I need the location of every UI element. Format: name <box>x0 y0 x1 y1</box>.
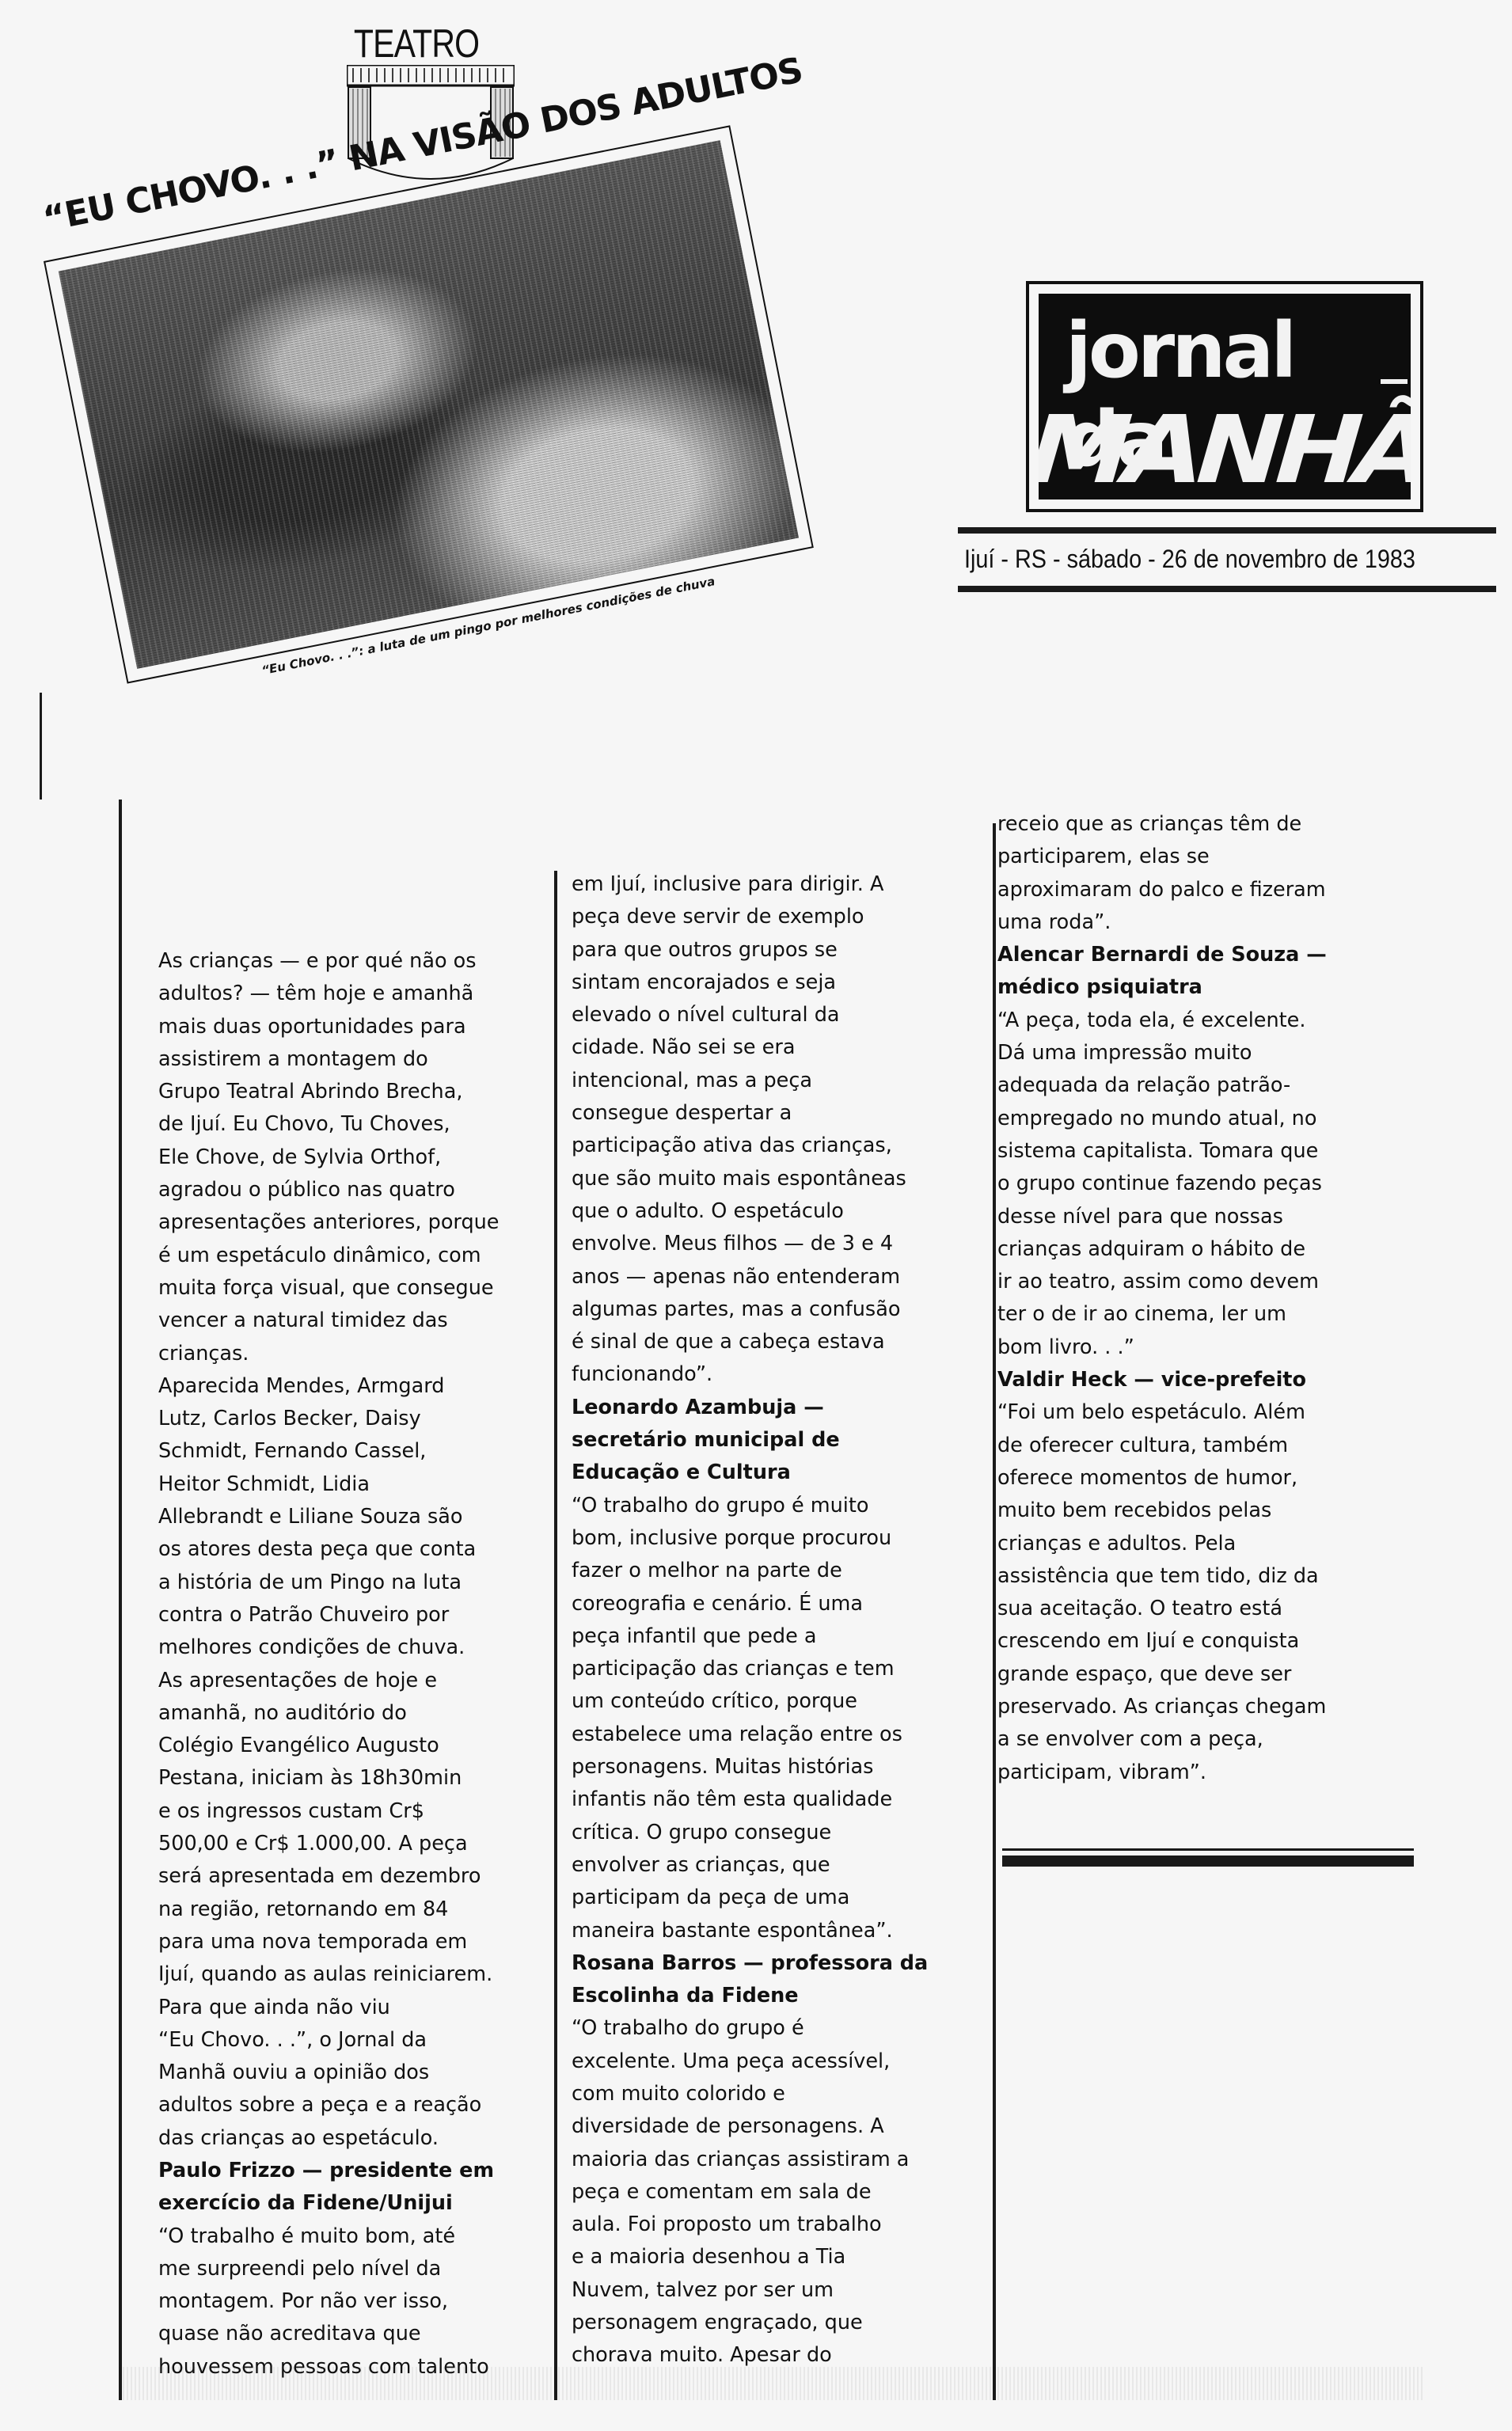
text-line: para que outros grupos se <box>572 934 928 967</box>
text-line: uma roda”. <box>997 906 1327 939</box>
text-line: “O trabalho é muito bom, até <box>158 2220 500 2253</box>
text-line: Schmidt, Fernando Cassel, <box>158 1435 500 1468</box>
text-line: Grupo Teatral Abrindo Brecha, <box>158 1076 500 1108</box>
text-line: aula. Foi proposto um trabalho <box>572 2209 928 2241</box>
interviewee-name: Valdir Heck — vice-prefeito <box>997 1364 1327 1396</box>
text-line: oferece momentos de humor, <box>997 1462 1327 1495</box>
text-line: 500,00 e Cr$ 1.000,00. A peça <box>158 1828 500 1860</box>
text-line: participam da peça de uma <box>572 1882 928 1914</box>
text-line: sintam encorajados e seja <box>572 967 928 999</box>
text-line: empregado no mundo atual, no <box>997 1103 1327 1135</box>
text-line: intencional, mas a peça <box>572 1065 928 1097</box>
interviewee-name: Paulo Frizzo — presidente em <box>158 2155 500 2187</box>
column-rule-left <box>119 800 122 2400</box>
text-line: apresentações anteriores, porque <box>158 1206 500 1239</box>
newspaper-logo: jornal da MANHÃ <box>1026 281 1423 512</box>
text-line: ir ao teatro, assim como devem <box>997 1266 1327 1298</box>
text-line: peça infantil que pede a <box>572 1620 928 1653</box>
text-line: bom livro. . .” <box>997 1331 1327 1364</box>
text-line: crítica. O grupo consegue <box>572 1817 928 1849</box>
text-line: crianças e adultos. Pela <box>997 1528 1327 1560</box>
interviewee-title: Escolinha da Fidene <box>572 1980 928 2012</box>
text-line: em Ijuí, inclusive para dirigir. A <box>572 868 928 901</box>
text-line: excelente. Uma peça acessível, <box>572 2045 928 2078</box>
text-line: Dá uma impressão muito <box>997 1037 1327 1069</box>
text-line: peça deve servir de exemplo <box>572 901 928 933</box>
text-line: muita força visual, que consegue <box>158 1272 500 1305</box>
text-line: aproximaram do palco e fizeram <box>997 874 1327 906</box>
text-line: cidade. Não sei se era <box>572 1031 928 1064</box>
text-line: Allebrandt e Liliane Souza são <box>158 1501 500 1533</box>
end-rule-thick <box>1002 1856 1414 1867</box>
interviewee-title: secretário municipal de <box>572 1424 928 1457</box>
text-line: Manhã ouviu a opinião dos <box>158 2057 500 2089</box>
text-line: consegue despertar a <box>572 1097 928 1130</box>
text-line: e os ingressos custam Cr$ <box>158 1795 500 1828</box>
text-line: crianças adquiram o hábito de <box>997 1233 1327 1266</box>
text-line: e a maioria desenhou a Tia <box>572 2241 928 2273</box>
text-line: de oferecer cultura, também <box>997 1430 1327 1462</box>
text-line: elevado o nível cultural da <box>572 999 928 1031</box>
text-line: de Ijuí. Eu Chovo, Tu Choves, <box>158 1108 500 1141</box>
text-line: Ele Chove, de Sylvia Orthof, <box>158 1141 500 1174</box>
text-line: “Eu Chovo. . .”, o Jornal da <box>158 2024 500 2057</box>
text-line: adultos sobre a peça e a reação <box>158 2089 500 2121</box>
text-line: Colégio Evangélico Augusto <box>158 1730 500 1762</box>
text-line: adequada da relação patrão- <box>997 1069 1327 1102</box>
text-line: “O trabalho do grupo é muito <box>572 1490 928 1522</box>
text-line: crescendo em Ijuí e conquista <box>997 1625 1327 1658</box>
masthead-rule-top <box>958 527 1496 534</box>
masthead-rule-bottom <box>958 586 1496 592</box>
text-line: que o adulto. O espetáculo <box>572 1195 928 1228</box>
text-line: algumas partes, mas a confusão <box>572 1293 928 1326</box>
text-line: fazer o melhor na parte de <box>572 1555 928 1587</box>
text-line: montagem. Por não ver isso, <box>158 2285 500 2318</box>
text-line: participação das crianças e tem <box>572 1653 928 1685</box>
text-line: personagens. Muitas histórias <box>572 1751 928 1783</box>
text-line: grande espaço, que deve ser <box>997 1658 1327 1691</box>
interviewee-title: médico psiquiatra <box>997 971 1327 1004</box>
text-line: receio que as crianças têm de <box>997 808 1327 841</box>
text-line: “Foi um belo espetáculo. Além <box>997 1396 1327 1429</box>
text-line: preservado. As crianças chegam <box>997 1691 1327 1723</box>
text-line: na região, retornando em 84 <box>158 1894 500 1926</box>
text-line: muito bem recebidos pelas <box>997 1495 1327 1527</box>
text-line: Pestana, iniciam às 18h30min <box>158 1762 500 1795</box>
text-line: desse nível para que nossas <box>997 1201 1327 1233</box>
text-line: vencer a natural timidez das <box>158 1305 500 1337</box>
text-line: Heitor Schmidt, Lidia <box>158 1468 500 1501</box>
text-line: envolve. Meus filhos — de 3 e 4 <box>572 1228 928 1260</box>
text-line: com muito colorido e <box>572 2078 928 2110</box>
interviewee-name: Rosana Barros — professora da <box>572 1947 928 1980</box>
text-line: maneira bastante espontânea”. <box>572 1915 928 1947</box>
text-line: das crianças ao espetáculo. <box>158 2122 500 2155</box>
text-line: os atores desta peça que conta <box>158 1533 500 1566</box>
text-line: diversidade de personagens. A <box>572 2110 928 2143</box>
interviewee-name: Leonardo Azambuja — <box>572 1392 928 1424</box>
text-line: quase não acreditava que <box>158 2318 500 2350</box>
text-line: Para que ainda não viu <box>158 1992 500 2024</box>
text-line: houvessem pessoas com talento <box>158 2351 500 2384</box>
text-line: “O trabalho do grupo é <box>572 2012 928 2045</box>
text-line: sistema capitalista. Tomara que <box>997 1135 1327 1168</box>
text-line: infantis não têm esta qualidade <box>572 1783 928 1816</box>
text-line: envolver as crianças, que <box>572 1849 928 1882</box>
text-line: a se envolver com a peça, <box>997 1723 1327 1756</box>
text-line: personagem engraçado, que <box>572 2307 928 2339</box>
text-line: contra o Patrão Chuveiro por <box>158 1599 500 1631</box>
text-line: assistirem a montagem do <box>158 1043 500 1076</box>
text-line: Aparecida Mendes, Armgard <box>158 1370 500 1403</box>
text-line: funcionando”. <box>572 1358 928 1391</box>
photo-side-rule <box>40 693 42 800</box>
text-line: é sinal de que a cabeça estava <box>572 1326 928 1358</box>
text-line: o grupo continue fazendo peças <box>997 1168 1327 1200</box>
logo-underscore <box>1381 379 1408 384</box>
text-line: é um espetáculo dinâmico, com <box>158 1240 500 1272</box>
text-line: participam, vibram”. <box>997 1757 1327 1789</box>
text-line: agradou o público nas quatro <box>158 1174 500 1206</box>
text-line: que são muito mais espontâneas <box>572 1163 928 1195</box>
article-column-3: receio que as crianças têm de participar… <box>997 808 1327 1789</box>
text-line: será apresentada em dezembro <box>158 1860 500 1893</box>
text-line: me surpreendi pelo nível da <box>158 2253 500 2285</box>
text-line: As crianças — e por qué não os <box>158 945 500 978</box>
text-line: anos — apenas não entenderam <box>572 1261 928 1293</box>
column-rule-1 <box>554 871 557 2400</box>
text-line: melhores condições de chuva. <box>158 1631 500 1664</box>
text-line: coreografia e cenário. É uma <box>572 1588 928 1620</box>
text-line: peça e comentam em sala de <box>572 2176 928 2209</box>
text-line: Lutz, Carlos Becker, Daisy <box>158 1403 500 1435</box>
text-line: participação ativa das crianças, <box>572 1130 928 1162</box>
end-rule-thin <box>1002 1848 1414 1851</box>
text-line: adultos? — têm hoje e amanhã <box>158 978 500 1010</box>
text-line: assistência que tem tido, diz da <box>997 1560 1327 1593</box>
article-column-2: em Ijuí, inclusive para dirigir. A peça … <box>572 868 928 2372</box>
text-line: sua aceitação. O teatro está <box>997 1593 1327 1625</box>
logo-text-bottom: MANHÃ <box>1039 395 1411 499</box>
text-line: bom, inclusive porque procurou <box>572 1522 928 1555</box>
interviewee-title: Educação e Cultura <box>572 1457 928 1489</box>
text-line: um conteúdo crítico, porque <box>572 1685 928 1718</box>
text-line: As apresentações de hoje e <box>158 1665 500 1697</box>
text-line: Ijuí, quando as aulas reiniciarem. <box>158 1958 500 1991</box>
interviewee-name: Alencar Bernardi de Souza — <box>997 939 1327 971</box>
text-line: amanhã, no auditório do <box>158 1697 500 1730</box>
text-line: Nuvem, talvez por ser um <box>572 2274 928 2307</box>
text-line: estabelece uma relação entre os <box>572 1719 928 1751</box>
text-line: para uma nova temporada em <box>158 1926 500 1958</box>
text-line: chorava muito. Apesar do <box>572 2339 928 2372</box>
text-line: participarem, elas se <box>997 841 1327 873</box>
interviewee-title: exercício da Fidene/Unijui <box>158 2187 500 2220</box>
text-line: crianças. <box>158 1338 500 1370</box>
dateline: Ijuí - RS - sábado - 26 de novembro de 1… <box>964 545 1415 574</box>
text-line: maioria das crianças assistiram a <box>572 2144 928 2176</box>
text-line: a história de um Pingo na luta <box>158 1567 500 1599</box>
article-column-1: As crianças — e por qué não os adultos? … <box>158 945 500 2384</box>
section-label: TEATRO <box>348 21 484 66</box>
text-line: mais duas oportunidades para <box>158 1011 500 1043</box>
text-line: “A peça, toda ela, é excelente. <box>997 1005 1327 1037</box>
text-line: ter o de ir ao cinema, ler um <box>997 1298 1327 1331</box>
column-rule-2 <box>993 823 996 2400</box>
